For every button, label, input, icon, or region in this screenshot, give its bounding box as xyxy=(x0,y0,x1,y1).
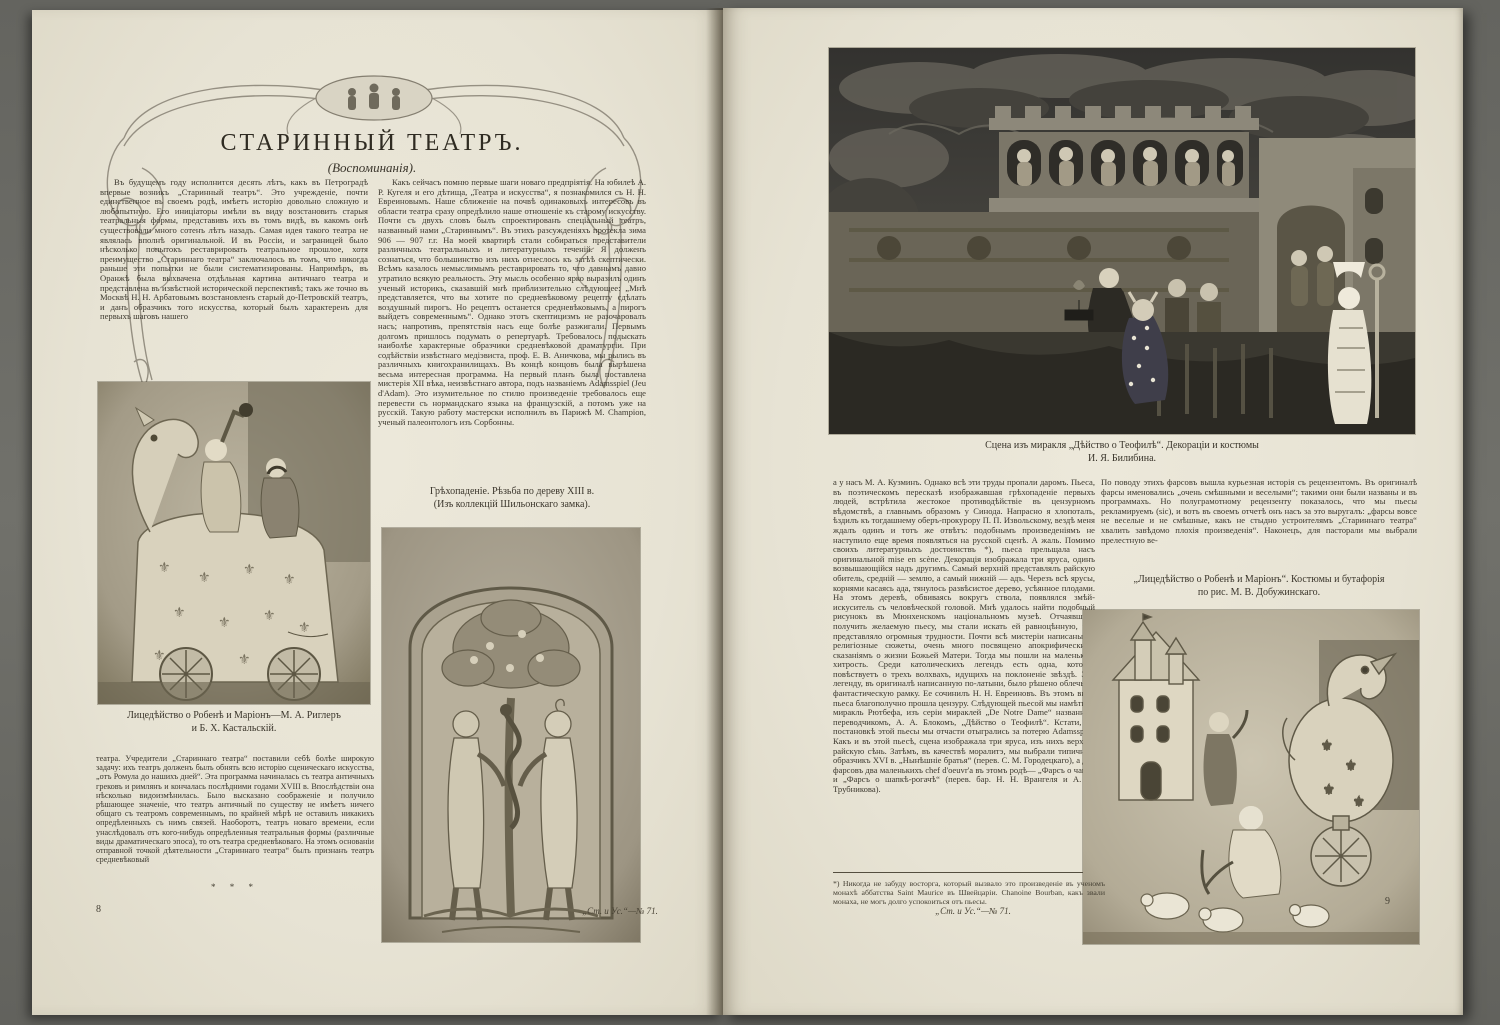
book-spread: СТАРИННЫЙ ТЕАТРЪ. (Воспоминанія). Въ буд… xyxy=(0,0,1500,1025)
footnote-rule xyxy=(833,872,1083,873)
footnote-text: *) Никогда не забуду восторга, который в… xyxy=(833,880,1105,926)
section-separator: * * * xyxy=(96,882,374,892)
svg-text:⚜: ⚜ xyxy=(198,571,211,586)
article-title: СТАРИННЫЙ ТЕАТРЪ. xyxy=(92,130,652,157)
right-column-2-text: По поводу этихъ фарсовъ вышла курьезная … xyxy=(1101,478,1417,570)
svg-text:⚜: ⚜ xyxy=(298,621,311,636)
left-column-1-text: Въ будущемъ году исполнится десять лѣтъ,… xyxy=(100,178,368,386)
carving-photo-drawing xyxy=(382,528,640,942)
carving-caption-line1: Грѣхопаденіе. Рѣзьба по дереву XIII в. xyxy=(430,486,594,497)
svg-text:⚜: ⚜ xyxy=(173,606,186,621)
left-bottom-text: театра. Учредители „Стариннаго театра“ п… xyxy=(96,754,374,878)
page-number-left: 8 xyxy=(96,904,101,915)
carving-caption-line2: (Изъ коллекцій Шильонскаго замка). xyxy=(434,499,590,510)
costumes-caption-line2: по рис. М. В. Добужинскаго. xyxy=(1198,587,1320,598)
svg-text:⚜: ⚜ xyxy=(1353,794,1365,809)
svg-text:⚜: ⚜ xyxy=(238,653,251,668)
page-number-right: 9 xyxy=(1385,896,1390,907)
hobby-horse-photo-drawing: ⚜⚜ ⚜⚜ ⚜⚜ ⚜⚜ ⚜⚜ xyxy=(98,382,370,704)
article-subtitle: (Воспоминанія). xyxy=(92,160,652,176)
left-page: СТАРИННЫЙ ТЕАТРЪ. (Воспоминанія). Въ буд… xyxy=(32,10,723,1015)
costumes-photo-drawing: ⚜⚜ ⚜⚜ xyxy=(1083,610,1419,944)
stage-scene-drawing xyxy=(829,48,1415,434)
svg-text:⚜: ⚜ xyxy=(283,573,296,588)
svg-text:⚜: ⚜ xyxy=(1323,782,1335,797)
svg-text:⚜: ⚜ xyxy=(158,561,171,576)
svg-text:⚜: ⚜ xyxy=(263,609,276,624)
horse-photo-caption: Лицедѣйство о Робенѣ и Маріонъ—М. А. Риг… xyxy=(90,710,378,735)
carving-caption: Грѣхопаденіе. Рѣзьба по дереву XIII в. (… xyxy=(378,486,646,511)
photo-robin-and-marion: ⚜⚜ ⚜⚜ ⚜⚜ ⚜⚜ ⚜⚜ xyxy=(98,382,370,704)
scene-caption-line1: Сцена изъ миракля „Дѣйство о Теофилѣ“. Д… xyxy=(985,440,1259,451)
svg-text:⚜: ⚜ xyxy=(243,563,256,578)
svg-text:⚜: ⚜ xyxy=(218,616,231,631)
horse-caption-line2: и Б. Х. Кастальскій. xyxy=(192,723,277,734)
svg-text:⚜: ⚜ xyxy=(1321,738,1333,753)
horse-caption-line1: Лицедѣйство о Робенѣ и Маріонъ—М. А. Риг… xyxy=(127,710,341,721)
photo-dobuzhinsky-costumes: ⚜⚜ ⚜⚜ xyxy=(1083,610,1419,944)
costumes-caption-line1: „Лицедѣйство о Робенѣ и Маріонъ“. Костюм… xyxy=(1134,574,1385,585)
scene-caption: Сцена изъ миракля „Дѣйство о Теофилѣ“. Д… xyxy=(829,440,1415,465)
left-column-2-text: Какъ сейчасъ помню первые шаги новаго пр… xyxy=(378,178,646,480)
photo-fall-of-man-carving xyxy=(382,528,640,942)
right-page: Сцена изъ миракля „Дѣйство о Теофилѣ“. Д… xyxy=(723,8,1463,1015)
scene-caption-line2: И. Я. Билибина. xyxy=(1088,453,1156,464)
journal-footer-right: „Ст. и Ус.“—№ 71. xyxy=(863,906,1083,916)
photo-theophile-stage-scene xyxy=(829,48,1415,434)
right-column-1-text: а у насъ М. А. Кузминъ. Однако всѣ эти т… xyxy=(833,478,1095,866)
svg-text:⚜: ⚜ xyxy=(1345,758,1357,773)
costumes-caption: „Лицедѣйство о Робенѣ и Маріонъ“. Костюм… xyxy=(1101,574,1417,599)
journal-footer-left: „Ст. и Ус.“—№ 71. xyxy=(520,906,720,916)
